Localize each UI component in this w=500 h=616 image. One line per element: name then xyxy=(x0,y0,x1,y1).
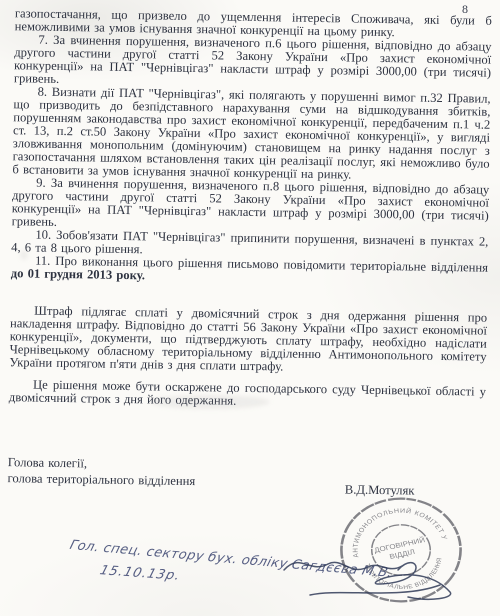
handwritten-date: 15.10.13р. xyxy=(98,563,182,583)
scan-smudge xyxy=(20,250,28,260)
signatory-titles: Голова колегії, голова територіального в… xyxy=(7,454,195,489)
paragraph-11-deadline: до 01 грудня 2013 року. xyxy=(11,266,145,282)
paragraph-9: 9. За вчинення порушення, визначеного п.… xyxy=(12,176,490,235)
paragraph-8: 8. Визнати дії ПАТ "Чернівцігаз", які по… xyxy=(12,85,490,183)
paragraph-11: 11. Про виконання цього рішення письмово… xyxy=(11,254,488,287)
paragraph-fine-payment: Штраф підлягає сплаті у двомісячний стро… xyxy=(9,304,487,376)
paragraph-7: 7. За вчинення порушення, визначеного п.… xyxy=(14,33,492,92)
signature-scribble xyxy=(280,540,465,610)
scan-smudge xyxy=(150,395,270,409)
scanned-document-page: 8 газопостачання, що призвело до ущемлен… xyxy=(0,0,500,616)
signature-block: Голова колегії, голова територіального в… xyxy=(7,454,484,493)
document-body: газопостачання, що призвело до ущемлення… xyxy=(0,7,500,494)
signatory-title-line2: голова територіального відділення xyxy=(7,470,195,489)
